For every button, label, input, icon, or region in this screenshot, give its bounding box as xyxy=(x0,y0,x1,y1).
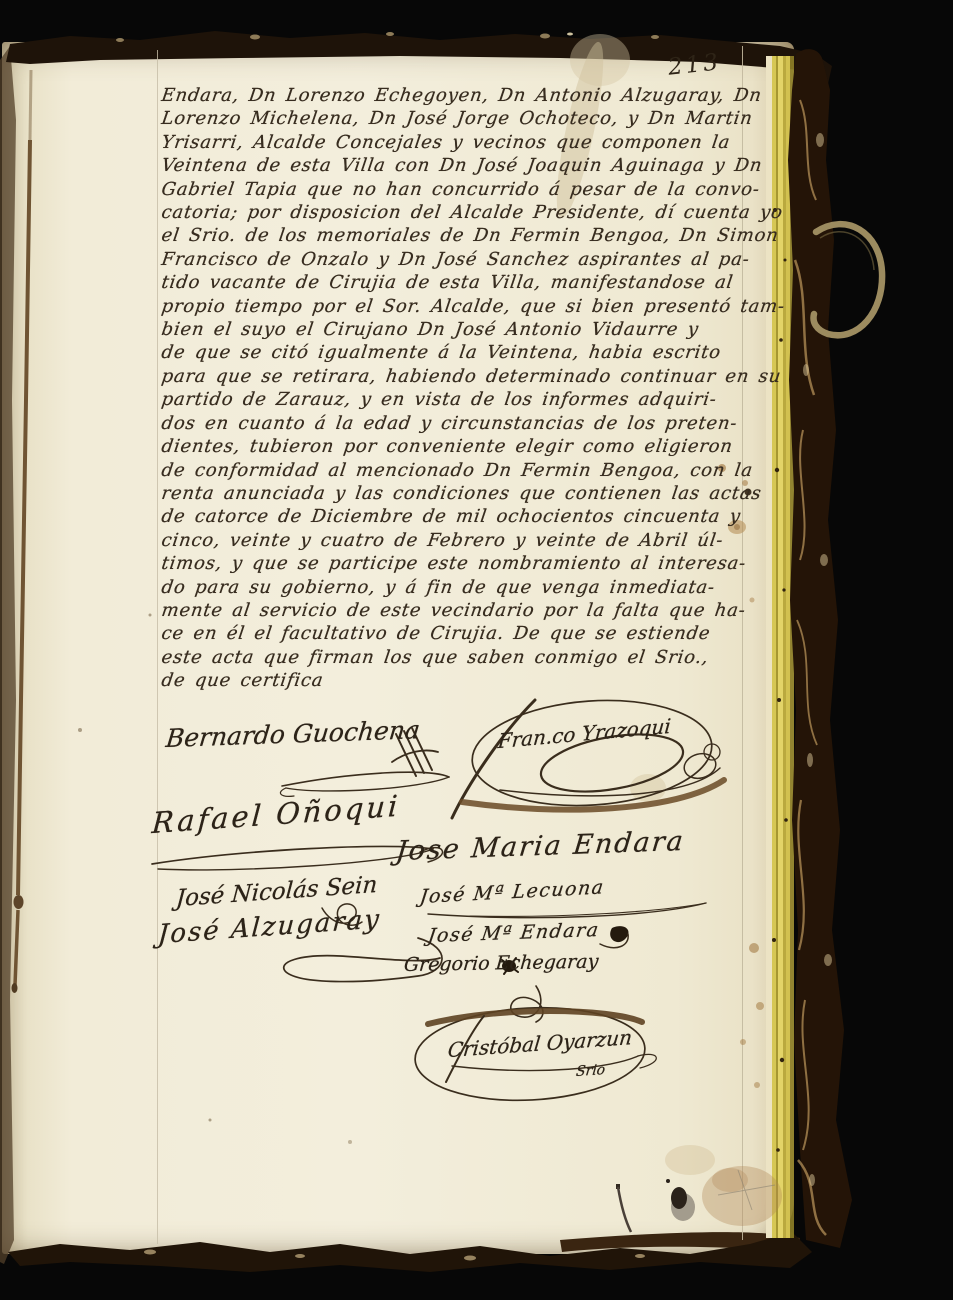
signature-secretary-title: Srio xyxy=(575,1062,606,1080)
manuscript-line: bien el suyo el Cirujano Dn José Antonio… xyxy=(160,318,759,341)
signature-flourish-francisco xyxy=(452,693,724,818)
manuscript-line: el Srio. de los memoriales de Dn Fermin … xyxy=(160,224,759,247)
manuscript-line: partido de Zarauz, y en vista de los inf… xyxy=(160,388,759,411)
manuscript-line: tido vacante de Cirujia de esta Villa, m… xyxy=(160,271,759,294)
manuscript-line: propio tiempo por el Sor. Alcalde, que s… xyxy=(160,295,759,318)
manuscript-line: para que se retirara, habiendo determina… xyxy=(160,365,759,388)
manuscript-line: de que se citó igualmente á la Veintena,… xyxy=(160,341,759,364)
manuscript-line: de conformidad al mencionado Dn Fermin B… xyxy=(160,459,759,482)
manuscript-line: dientes, tubieron por conveniente elegir… xyxy=(160,435,759,458)
manuscript-line: timos, y que se participe este nombramie… xyxy=(160,552,759,575)
manuscript-text-block: Endara, Dn Lorenzo Echegoyen, Dn Antonio… xyxy=(160,84,756,693)
spine-edge xyxy=(0,46,16,1264)
manuscript-line: ce en él el facultativo de Cirujia. De q… xyxy=(160,622,759,645)
manuscript-line: Endara, Dn Lorenzo Echegoyen, Dn Antonio… xyxy=(160,84,759,107)
manuscript-line: mente al servicio de este vecindario por… xyxy=(160,599,759,622)
manuscript-line: de que certifica xyxy=(160,669,759,692)
scanned-book-page: 213 Endara, Dn Lorenzo Echegoyen, Dn Ant… xyxy=(0,0,953,1300)
manuscript-line: dos en cuanto á la edad y circunstancias… xyxy=(160,412,759,435)
manuscript-line: catoria; por disposicion del Alcalde Pre… xyxy=(160,201,759,224)
manuscript-line: Veintena de esta Villa con Dn José Joaqu… xyxy=(160,154,759,177)
manuscript-line: este acta que firman los que saben conmi… xyxy=(160,646,759,669)
manuscript-line: cinco, veinte y cuatro de Febrero y vein… xyxy=(160,529,759,552)
ragged-bottom-edge xyxy=(8,1232,812,1272)
manuscript-line: de catorce de Diciembre de mil ochocient… xyxy=(160,505,759,528)
folio-number: 213 xyxy=(667,49,722,80)
manuscript-line: Lorenzo Michelena, Dn José Jorge Ochotec… xyxy=(160,107,759,130)
manuscript-line: Francisco de Onzalo y Dn José Sanchez as… xyxy=(160,248,759,271)
signature-flourish-endara2 xyxy=(600,926,628,947)
signature-gregorio-echegaray: Gregorio Echegaray xyxy=(403,951,599,976)
manuscript-line: do para su gobierno, y á fin de que veng… xyxy=(160,576,759,599)
manuscript-line: Yrisarri, Alcalde Concejales y vecinos q… xyxy=(160,131,759,154)
margin-rule-left xyxy=(157,50,158,1244)
manuscript-line: renta anunciada y las condiciones que co… xyxy=(160,482,759,505)
manuscript-line: Gabriel Tapia que no han concurrido á pe… xyxy=(160,178,759,201)
